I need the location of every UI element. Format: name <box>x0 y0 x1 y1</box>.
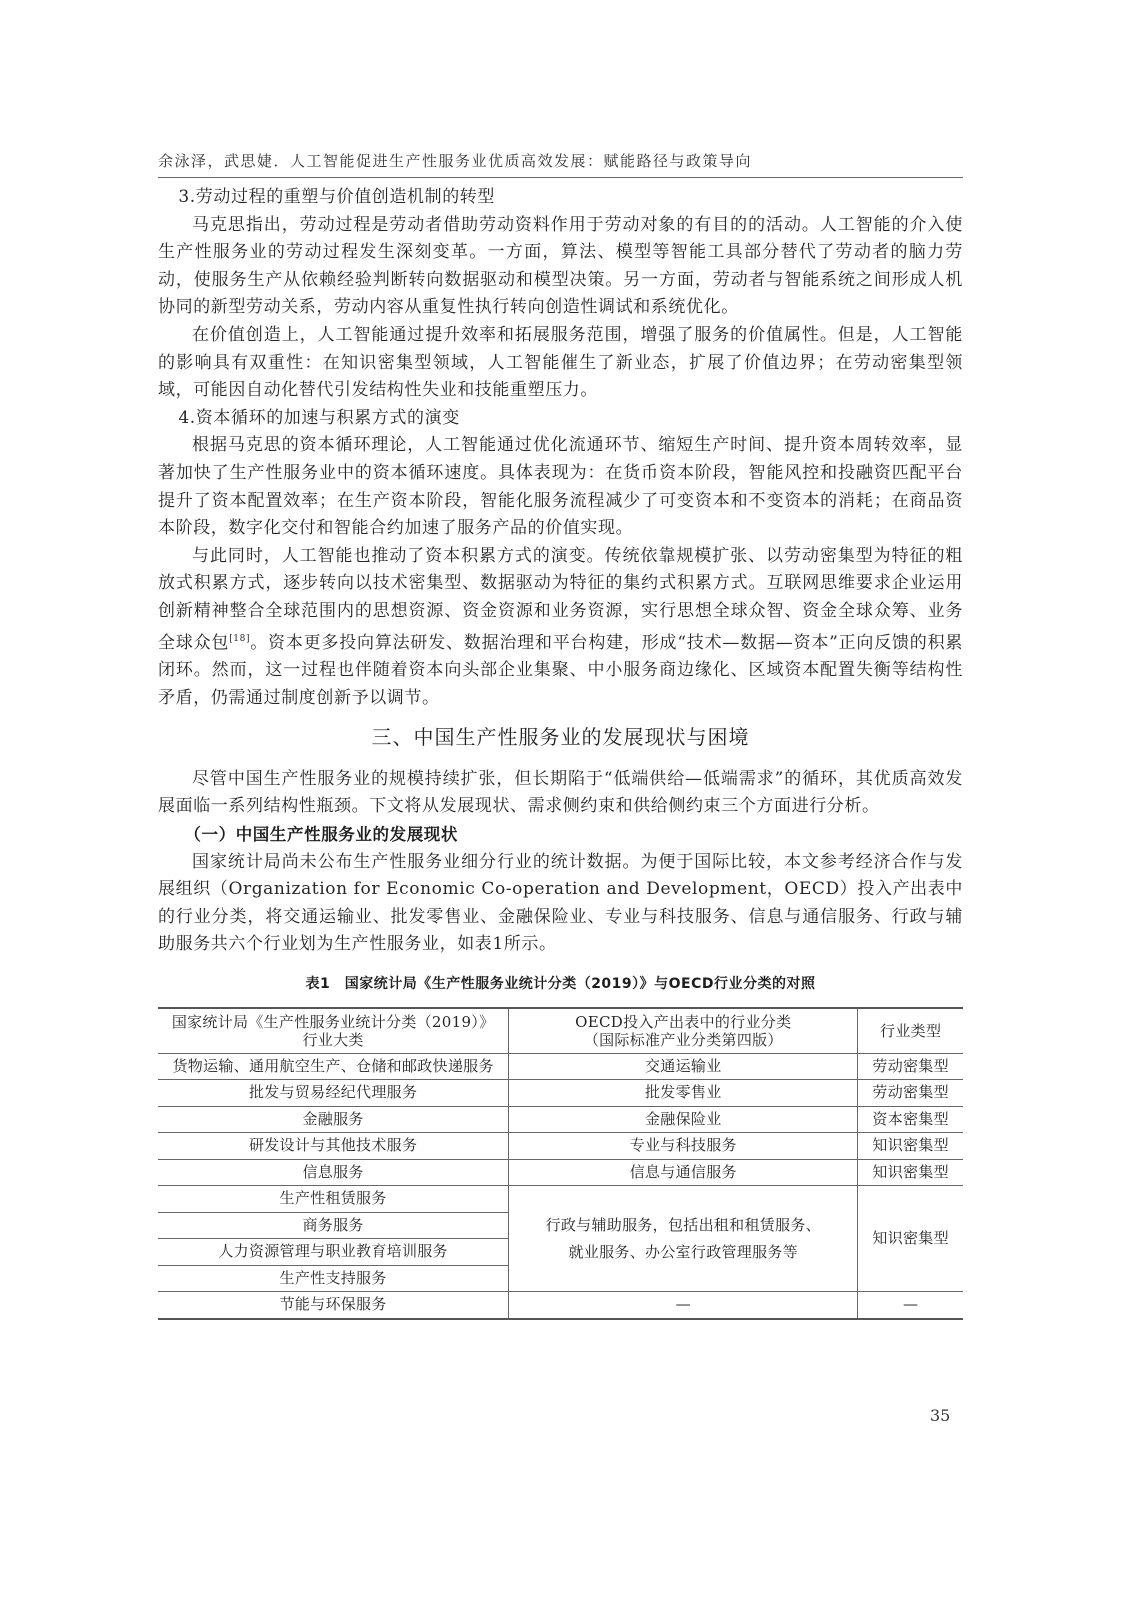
cell-type-merged: 知识密集型 <box>858 1186 963 1292</box>
cell-type: — <box>858 1292 963 1319</box>
cell-type: 劳动密集型 <box>858 1080 963 1107</box>
citation-reference[interactable]: [18] <box>229 634 250 644</box>
header-nbs: 国家统计局《生产性服务业统计分类（2019）》 行业大类 <box>158 1008 509 1054</box>
cell-nbs: 研发设计与其他技术服务 <box>158 1133 509 1160</box>
cell-nbs: 信息服务 <box>158 1159 509 1186</box>
table-row: 生产性租赁服务 行政与辅助服务，包括出租和租赁服务、 就业服务、办公室行政管理服… <box>158 1186 963 1213</box>
subheading-4: 4.资本循环的加速与积累方式的演变 <box>158 405 963 433</box>
table-row: 信息服务 信息与通信服务 知识密集型 <box>158 1159 963 1186</box>
table-header-row: 国家统计局《生产性服务业统计分类（2019）》 行业大类 OECD投入产出表中的… <box>158 1008 963 1054</box>
running-head: 余泳泽，武思婕．人工智能促进生产性服务业优质高效发展：赋能路径与政策导向 <box>158 150 963 178</box>
cell-nbs: 批发与贸易经纪代理服务 <box>158 1080 509 1107</box>
cell-nbs: 金融服务 <box>158 1106 509 1133</box>
cell-oecd: 批发零售业 <box>509 1080 858 1107</box>
section-title: 三、中国生产性服务业的发展现状与困境 <box>158 724 963 752</box>
comparison-table: 国家统计局《生产性服务业统计分类（2019）》 行业大类 OECD投入产出表中的… <box>158 1007 963 1320</box>
paragraph: 在价值创造上，人工智能通过提升效率和拓展服务范围，增强了服务的价值属性。但是，人… <box>158 322 963 405</box>
cell-oecd: 信息与通信服务 <box>509 1159 858 1186</box>
cell-nbs: 人力资源管理与职业教育培训服务 <box>158 1239 509 1266</box>
cell-nbs: 商务服务 <box>158 1212 509 1239</box>
paragraph: 马克思指出，劳动过程是劳动者借助劳动资料作用于劳动对象的有目的的活动。人工智能的… <box>158 212 963 322</box>
paragraph: 尽管中国生产性服务业的规模持续扩张，但长期陷于“低端供给—低端需求”的循环，其优… <box>158 766 963 821</box>
cell-type: 知识密集型 <box>858 1159 963 1186</box>
cell-nbs: 节能与环保服务 <box>158 1292 509 1319</box>
cell-nbs: 货物运输、通用航空生产、仓储和邮政快递服务 <box>158 1053 509 1080</box>
article-body: 3.劳动过程的重塑与价值创造机制的转型 马克思指出，劳动过程是劳动者借助劳动资料… <box>158 184 963 1320</box>
journal-page: 余泳泽，武思婕．人工智能促进生产性服务业优质高效发展：赋能路径与政策导向 3.劳… <box>0 0 1140 1600</box>
table-row: 货物运输、通用航空生产、仓储和邮政快递服务 交通运输业 劳动密集型 <box>158 1053 963 1080</box>
subheading-3: 3.劳动过程的重塑与价值创造机制的转型 <box>158 184 963 212</box>
cell-oecd: 金融保险业 <box>509 1106 858 1133</box>
table-row: 金融服务 金融保险业 资本密集型 <box>158 1106 963 1133</box>
cell-oecd-merged: 行政与辅助服务，包括出租和租赁服务、 就业服务、办公室行政管理服务等 <box>509 1186 858 1292</box>
cell-nbs: 生产性支持服务 <box>158 1265 509 1292</box>
page-number: 35 <box>930 1406 950 1425</box>
cell-oecd: 专业与科技服务 <box>509 1133 858 1160</box>
paragraph: 与此同时，人工智能也推动了资本积累方式的演变。传统依靠规模扩张、以劳动密集型为特… <box>158 543 963 713</box>
cell-oecd: — <box>509 1292 858 1319</box>
table-row: 批发与贸易经纪代理服务 批发零售业 劳动密集型 <box>158 1080 963 1107</box>
table-row: 节能与环保服务 — — <box>158 1292 963 1319</box>
header-type: 行业类型 <box>858 1008 963 1054</box>
paragraph: 根据马克思的资本循环理论，人工智能通过优化流通环节、缩短生产时间、提升资本周转效… <box>158 432 963 542</box>
paragraph: 国家统计局尚未公布生产性服务业细分行业的统计数据。为便于国际比较，本文参考经济合… <box>158 849 963 959</box>
table-caption: 表1 国家统计局《生产性服务业统计分类（2019）》与OECD行业分类的对照 <box>158 971 963 999</box>
cell-type: 劳动密集型 <box>858 1053 963 1080</box>
table-row: 研发设计与其他技术服务 专业与科技服务 知识密集型 <box>158 1133 963 1160</box>
cell-type: 资本密集型 <box>858 1106 963 1133</box>
cell-type: 知识密集型 <box>858 1133 963 1160</box>
cell-nbs: 生产性租赁服务 <box>158 1186 509 1213</box>
subsection-title: （一）中国生产性服务业的发展现状 <box>158 821 963 849</box>
header-oecd: OECD投入产出表中的行业分类 （国际标准产业分类第四版） <box>509 1008 858 1054</box>
paragraph-text: 。资本更多投向算法研发、数据治理和平台构建，形成“技术—数据—资本”正向反馈的积… <box>158 633 963 708</box>
cell-oecd: 交通运输业 <box>509 1053 858 1080</box>
